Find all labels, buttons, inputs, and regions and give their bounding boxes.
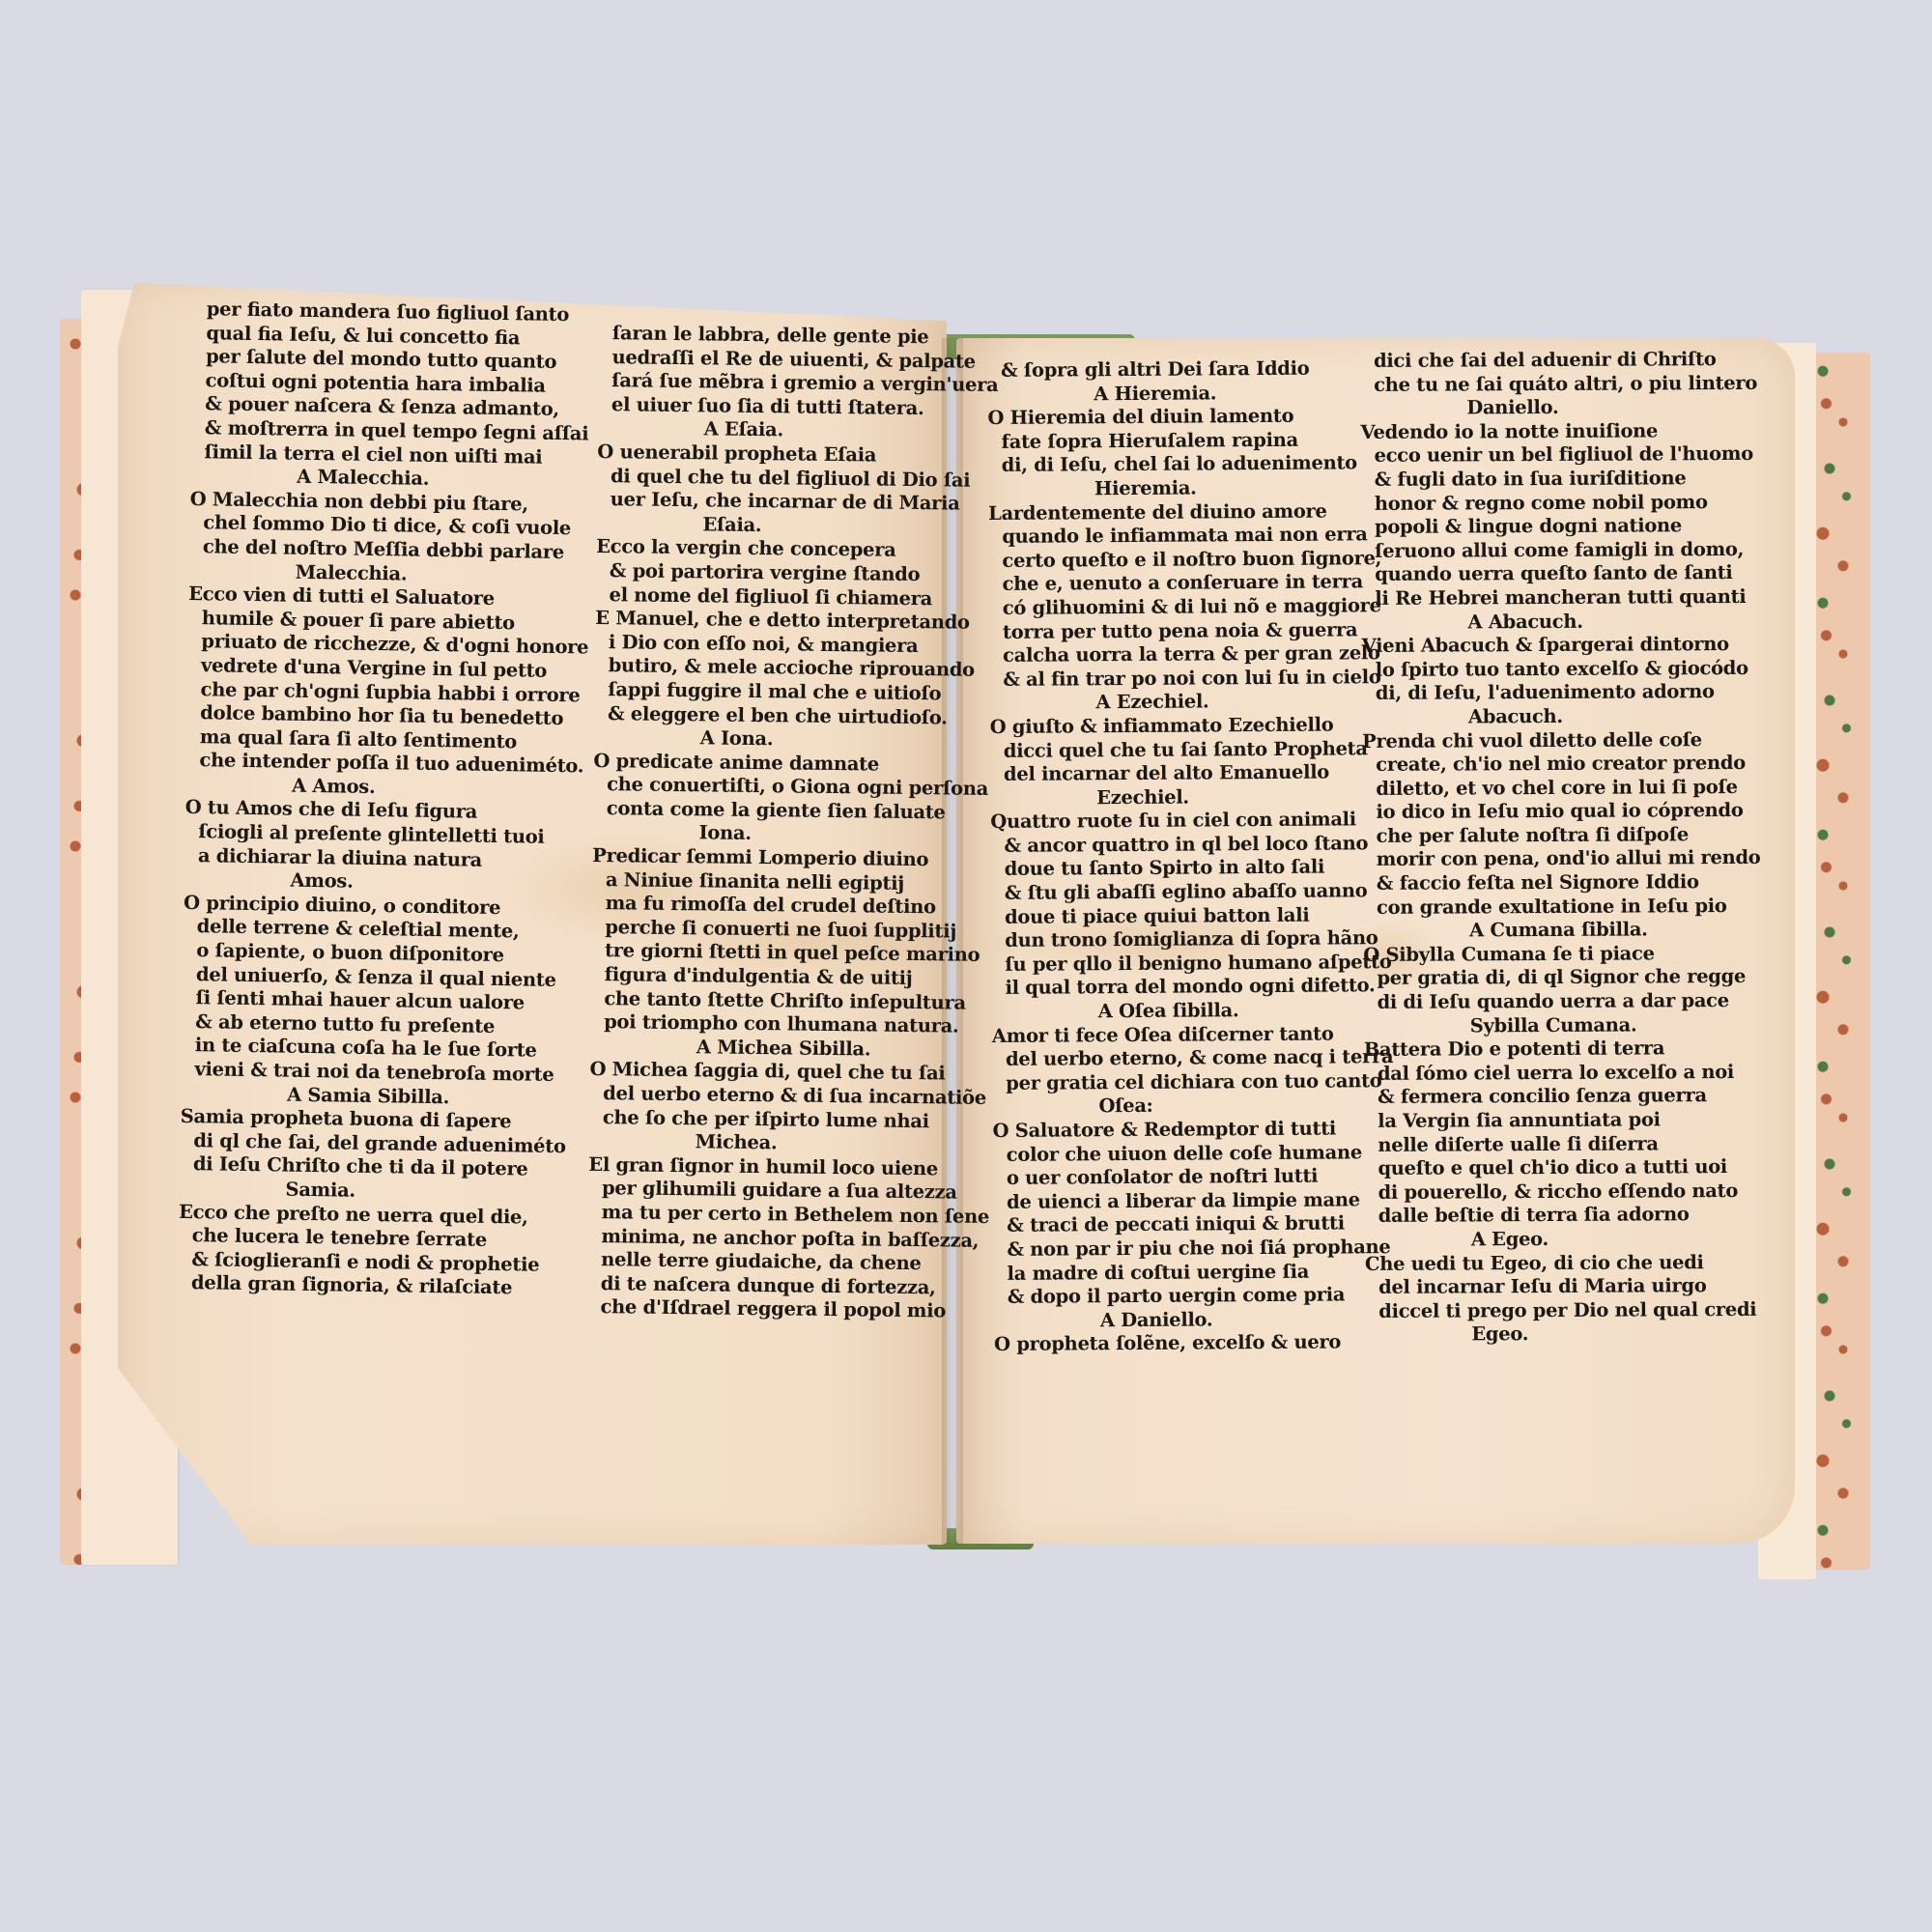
verse-line: Prenda chi vuol diletto delle coſe (1362, 727, 1760, 753)
verse-line: Quattro ruote ſu in ciel con animali (990, 808, 1391, 834)
verse-line: ſeruono allui come famigli in domo, (1361, 538, 1759, 564)
verse-line: per gratia di, di ql Signor che regge (1363, 965, 1761, 991)
verse-line: di di Ieſu quando uerra a dar pace (1363, 989, 1761, 1015)
photo-scene: per ﬁato mandera ſuo ﬁgliuol ſantoqual ﬁ… (0, 0, 1932, 1932)
verse-line: Vedendo io la notte inuiſione (1360, 419, 1758, 445)
verse-line: O Saluatore & Redemptor di tutti (992, 1117, 1393, 1143)
verse-line: del incarnar Ieſu di Maria uirgo (1365, 1274, 1763, 1300)
verse-line: morir con pena, ond'io allui mi rendo (1363, 846, 1761, 872)
section-heading: A Abacuch. (1361, 609, 1759, 635)
verse-line: dal ſómo ciel uerra lo excelſo a noi (1364, 1061, 1762, 1087)
verse-line: popoli & lingue dogni natione (1361, 514, 1759, 540)
verse-line: di, di Ieſu, chel ſai lo aduenimento (988, 451, 1389, 477)
verse-line: queſto e quel ch'io dico a tutti uoi (1364, 1155, 1762, 1181)
verse-line: & al fin trar po noi con lui ſu in cielo (989, 666, 1390, 692)
verse-line: torra per tutto pena noia & guerra (989, 618, 1390, 644)
verse-line: quando uerra queſto ſanto de ſanti (1361, 561, 1759, 587)
section-heading: A Ezechiel. (989, 689, 1390, 715)
verse-line: certo queſto e il noſtro buon ſignore, (988, 547, 1389, 573)
text-column-4: dici che ſai del aduenir di Chriſtoche t… (1360, 348, 1763, 1348)
verse-line: la madre di coſtui uergine ſia (994, 1260, 1395, 1286)
verse-line: Lardentemente del diuino amore (988, 499, 1389, 526)
verse-line: Amor ti fece Oſea diſcerner tanto (992, 1022, 1393, 1048)
verse-line: de uienci a liberar da limpie mane (993, 1188, 1394, 1214)
section-heading: Daniello. (1360, 395, 1758, 421)
text-column-2: ſaran le labbra, delle gente pieuedraſſi… (586, 322, 1000, 1324)
verse-line: có glihuomini & di lui nõ e maggiore (989, 594, 1390, 620)
section-heading: A Oſea ſibilla. (992, 998, 1393, 1024)
verse-line: nelle diſerte ualle ſi diſerra (1364, 1131, 1762, 1157)
section-heading: A Daniello. (994, 1307, 1395, 1333)
section-heading: Abacuch. (1362, 704, 1760, 730)
verse-line: & faccio feſta nel Signore Iddio (1363, 870, 1761, 896)
verse-line: per gratia cel dichiara con tuo canto (992, 1069, 1393, 1095)
verse-line: fate ſopra Hieruſalem rapina (988, 428, 1389, 454)
verse-line: & traci de peccati iniqui & brutti (993, 1211, 1394, 1237)
verse-line: & non par ir piu che noi ſiá prophane (993, 1236, 1394, 1262)
verse-line: & ſtu gli abaſſi eglino abaſſo uanno (991, 879, 1392, 905)
section-heading: Sybilla Cumana. (1364, 1012, 1762, 1038)
verse-line: dun trono ſomiglianza di ſopra hãno (991, 926, 1392, 952)
verse-line: uer Ieſu, che incarnar de di Maria (597, 488, 999, 517)
section-heading: Oſea: (992, 1093, 1393, 1119)
verse-line: diletto, et vo chel core in lui ſi poſe (1362, 776, 1760, 802)
section-heading: A Egeo. (1365, 1227, 1763, 1253)
verse-line: honor & regno come nobil pomo (1361, 490, 1759, 516)
verse-line: & fugli dato in ſua iuriſditione (1361, 467, 1759, 493)
verse-line: color che uiuon delle coſe humane (993, 1141, 1394, 1167)
verse-line: & fermera concilio ſenza guerra (1364, 1084, 1762, 1110)
verse-line: che per ſalute noſtra ſi diſpoſe (1363, 823, 1761, 849)
verse-line: O Hieremia del diuin lamento (987, 404, 1388, 430)
verse-line: dicci quel che tu ſai ſanto Propheta (990, 737, 1391, 763)
verse-line: dici che ſai del aduenir di Chriſto (1360, 348, 1758, 374)
section-heading: Hieremia. (988, 475, 1389, 501)
verse-line: di pouerello, & riccho eſſendo nato (1365, 1179, 1763, 1206)
verse-line: & eleggere el ben che uirtudioſo. (594, 701, 996, 730)
section-heading: Ezechiel. (990, 784, 1391, 810)
verse-line: O Sibylla Cumana ſe ti piace (1363, 942, 1761, 968)
verse-line: che d'Iſdrael reggera il popol mio (586, 1295, 988, 1324)
verse-line: la Vergin ſia annuntiata poi (1364, 1108, 1762, 1134)
verse-line: io dico in Ieſu mio qual io cóprendo (1362, 799, 1760, 825)
verse-line: poi triompho con lhumana natura. (590, 1010, 992, 1039)
verse-line: del incarnar del alto Emanuello (990, 760, 1391, 786)
verse-line: ecco uenir un bel figliuol de l'huomo (1361, 442, 1759, 469)
verse-line: lo ſpirto tuo tanto excelſo & giocódo (1362, 657, 1760, 683)
verse-line: con grande exultatione in Ieſu pio (1363, 894, 1761, 920)
verse-line: dalle beſtie di terra ſia adorno (1365, 1203, 1763, 1229)
verse-line: Battera Dio e potenti di terra (1364, 1037, 1762, 1063)
verse-line: O propheta ſolẽne, excelſo & uero (994, 1330, 1395, 1356)
verse-line: Che uedi tu Egeo, di cio che uedi (1365, 1250, 1763, 1276)
verse-line: Vieni Abacuch & ſpargerai dintorno (1362, 633, 1760, 659)
section-heading: A Cumana ſibilla. (1363, 918, 1761, 944)
verse-line: del uerbo eterno, & come nacq i terra (992, 1045, 1393, 1071)
verse-line: che e, uenuto a conſeruare in terra (989, 570, 1390, 596)
verse-line: il qual torra del mondo ogni difetto. (991, 975, 1392, 1001)
verse-line: quando le infiammata mai non erra (988, 523, 1389, 549)
verse-line: & ſopra gli altri Dei ſara Iddio (987, 356, 1388, 383)
text-column-1: per ﬁato mandera ſuo ﬁgliuol ſantoqual ﬁ… (178, 298, 594, 1301)
verse-line: o uer conſolator de noſtri lutti (993, 1164, 1394, 1190)
verse-line: di, di Ieſu, l'aduenimento adorno (1362, 680, 1760, 706)
verse-line: ſu per qllo il benigno humano aſpetto (991, 951, 1392, 977)
verse-line: doue ti piace quiui batton lali (991, 903, 1392, 929)
verse-line: & dopo il parto uergin come pria (994, 1283, 1395, 1309)
verse-line: diccel ti prego per Dio nel qual credi (1365, 1298, 1763, 1324)
verse-line: O giuſto & infiammato Ezechiello (990, 713, 1391, 739)
verse-line: doue tu ſanto Spirto in alto ſali (991, 856, 1392, 882)
verse-line: li Re Hebrei mancheran tutti quanti (1361, 585, 1759, 611)
verse-line: & ancor quattro in ql bel loco ſtano (990, 832, 1391, 858)
text-column-3: & ſopra gli altri Dei ſara IddioA Hierem… (987, 356, 1395, 1357)
verse-line: create, ch'io nel mio creator prendo (1362, 752, 1760, 778)
section-heading: A Hieremia. (987, 381, 1388, 407)
section-heading: Egeo. (1365, 1321, 1763, 1348)
verse-line: che tu ne ſai quáto altri, o piu lintero (1360, 371, 1758, 397)
verse-line: calcha uorra la terra & per gran zelo (989, 641, 1390, 668)
